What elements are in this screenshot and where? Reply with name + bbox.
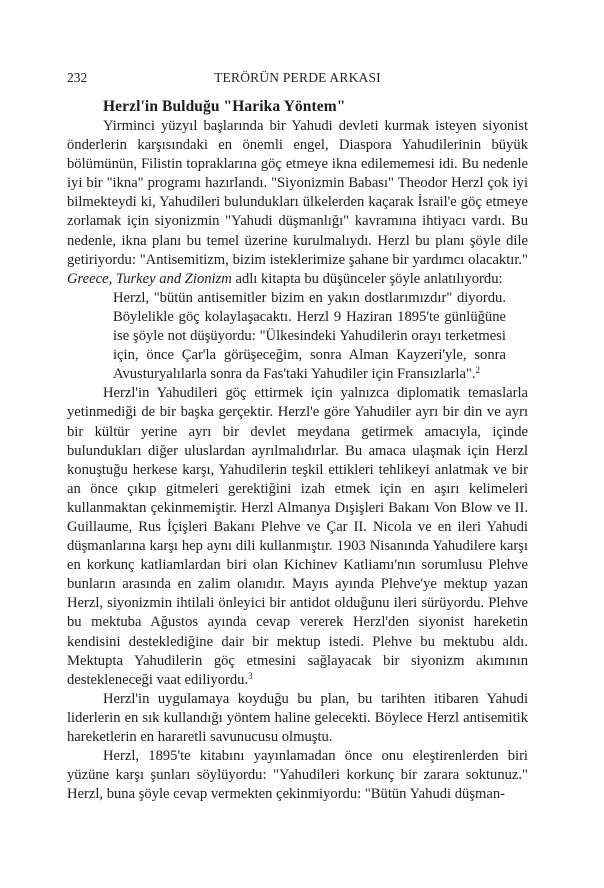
paragraph-1-text-b: adlı kitapta bu düşünceler şöyle anlatıl… xyxy=(232,271,503,287)
footnote-ref-3[interactable]: 3 xyxy=(248,671,253,681)
quote-text-wrap: Herzl, "bütün antisemitler bizim en yakı… xyxy=(113,289,506,384)
paragraph-1: Yirminci yüzyıl başlarında bir Yahudi de… xyxy=(67,117,528,289)
running-title: TERÖRÜN PERDE ARKASI xyxy=(67,70,528,86)
quote-text: Herzl, "bütün antisemitler bizim en yakı… xyxy=(113,290,506,382)
page-header: 232 TERÖRÜN PERDE ARKASI xyxy=(67,70,528,90)
paragraph-1-text-a: Yirminci yüzyıl başlarında bir Yahudi de… xyxy=(67,118,528,268)
paragraph-4: Herzl, 1895'te kitabını yayınlamadan önc… xyxy=(67,747,528,804)
footnote-ref-2[interactable]: 2 xyxy=(476,365,481,375)
paragraph-2: Herzl'in Yahudileri göç ettirmek için ya… xyxy=(67,384,528,690)
paragraph-3: Herzl'in uygulamaya koyduğu bu plan, bu … xyxy=(67,690,528,747)
paragraph-2-text: Herzl'in Yahudileri göç ettirmek için ya… xyxy=(67,385,528,687)
book-page: 232 TERÖRÜN PERDE ARKASI Herzl'in Bulduğ… xyxy=(0,0,604,888)
book-title: Greece, Turkey and Zionizm xyxy=(67,271,232,287)
page-body: Herzl'in Bulduğu "Harika Yöntem" Yirminc… xyxy=(67,97,528,804)
block-quote: Herzl, "bütün antisemitler bizim en yakı… xyxy=(113,289,506,384)
section-heading: Herzl'in Bulduğu "Harika Yöntem" xyxy=(103,97,528,117)
